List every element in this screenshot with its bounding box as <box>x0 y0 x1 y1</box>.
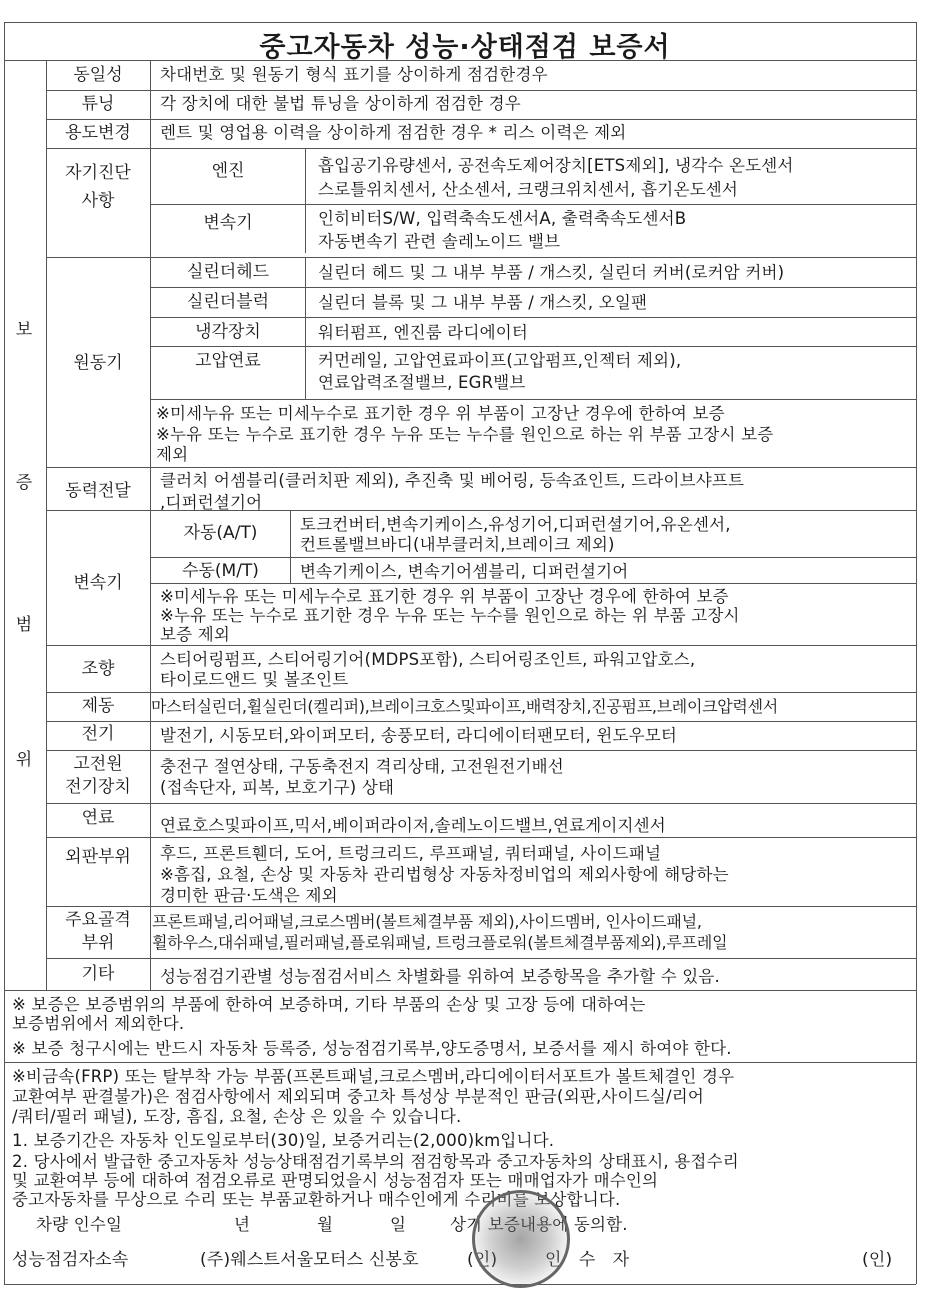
row-divider <box>46 645 916 646</box>
row-divider <box>46 148 916 149</box>
row-divider <box>46 510 916 511</box>
note-text: ※누유 또는 누수로 표기한 경우 누유 또는 누수를 원인으로 하는 위 부품… <box>156 424 773 445</box>
page-title: 중고자동차 성능·상태점검 보증서 <box>0 25 930 64</box>
section-label: 고전원 <box>48 753 148 775</box>
term-text: 및 교환여부 등에 대하여 점검오류로 판명되었을시 성능점검자 또는 매매업자… <box>12 1170 658 1191</box>
item-text: 성능점검기관별 성능점검서비스 차별화를 위하여 보증항목을 추가할 수 있음. <box>160 966 720 987</box>
item-text: 스티어링펌프, 스티어링기어(MDPS포함), 스티어링조인트, 파워고압호스, <box>160 649 695 670</box>
item-text: 클러치 어셈블리(클러치판 제외), 추진축 및 베어링, 등속죠인트, 드라이… <box>160 470 744 491</box>
item-text: 연료압력조절밸브, EGR밸브 <box>318 372 526 393</box>
item-text: 발전기, 시동모터,와이퍼모터, 송풍모터, 라디에이터팬모터, 윈도우모터 <box>160 725 677 746</box>
note-text: 보증범위에서 제외한다. <box>12 1013 184 1034</box>
item-text: 충전구 절연상태, 구동축전지 격리상태, 고전원전기배선 <box>160 756 564 777</box>
item-text: 후드, 프론트휀더, 도어, 트렁크리드, 루프패널, 쿼터패널, 사이드패널 <box>160 843 661 864</box>
row-divider <box>150 204 916 205</box>
section-divider <box>4 1062 916 1063</box>
sub-col-divider <box>290 510 291 583</box>
note-text: ※ 보증 청구시에는 반드시 자동차 등록증, 성능점검기록부,양도증명서, 보… <box>12 1038 732 1059</box>
item-text: 프론트패널,리어패널,크로스멤버(볼트체결부품 제외),사이드멤버, 인사이드패… <box>152 911 702 932</box>
row-divider <box>46 721 916 722</box>
item-text: 실린더 헤드 및 그 내부 부품 / 개스킷, 실린더 커버(로커암 커버) <box>318 262 784 283</box>
sub-col-divider <box>305 257 306 399</box>
item-text: 실린더 블록 및 그 내부 부품 / 개스킷, 오일팬 <box>318 292 647 313</box>
note-text: 경미한 판금·도색은 제외 <box>160 885 338 906</box>
inspector-affiliation-label: 성능점검자소속 <box>12 1250 128 1271</box>
row-divider <box>46 467 916 468</box>
sub-label: 실린더블럭 <box>152 291 304 313</box>
row-divider <box>46 257 916 258</box>
item-text: 변속기케이스, 변속기어셈블리, 디퍼런셜기어 <box>300 561 628 582</box>
sub-label: 엔진 <box>152 160 304 182</box>
sub-label: 고압연료 <box>152 350 304 372</box>
row-divider <box>46 958 916 959</box>
row-text: 렌트 및 영업용 이력을 상이하게 점검한 경우 * 리스 이력은 제외 <box>160 122 626 143</box>
section-label: 동력전달 <box>48 480 148 502</box>
item-text: 자동변속기 관련 솔레노이드 밸브 <box>318 231 560 252</box>
sub-label: 냉각장치 <box>152 321 304 343</box>
row-divider <box>46 803 916 804</box>
item-text: 휠하우스,대쉬패널,필러패널,플로워패널, 트렁크플로워(볼트체결부품제외),루… <box>152 932 727 953</box>
side-label-char: 위 <box>12 745 36 770</box>
note-text: ※누유 또는 누수로 표기한 경우 누유 또는 누수를 원인으로 하는 위 부품… <box>160 605 740 626</box>
item-text: 마스터실린더,휠실린더(켈리퍼),브레이크호스및파이프,배력장치,진공펌프,브레… <box>151 696 778 717</box>
section-label: 조향 <box>48 658 148 680</box>
row-divider <box>46 837 916 838</box>
note-text: 교환여부 판결불가)은 점검사항에서 제외되며 중고차 특성상 부분적인 판금(… <box>12 1086 704 1107</box>
note-text: 보증 제외 <box>160 624 230 645</box>
company-seal-stamp-icon <box>472 1190 570 1288</box>
inspector-company: (주)웨스트서울모터스 신봉호 <box>200 1250 419 1271</box>
section-label: 부위 <box>48 932 148 954</box>
row-divider <box>46 906 916 907</box>
row-label: 튜닝 <box>48 93 148 115</box>
item-text: 컨트롤밸브바디(내부클러치,브레이크 제외) <box>300 534 615 555</box>
frame-right <box>916 22 917 1284</box>
item-text: 연료호스및파이프,믹서,베이퍼라이저,솔레노이드밸브,연료게이지센서 <box>160 815 666 836</box>
section-label: 기타 <box>48 963 148 985</box>
day-label: 일 <box>390 1214 406 1235</box>
side-label-char: 증 <box>12 468 36 493</box>
item-text: 스로틀위치센서, 산소센서, 크랭크위치센서, 흡기온도센서 <box>318 179 738 200</box>
row-text: 각 장치에 대한 불법 튜닝을 상이하게 점검한 경우 <box>160 93 521 114</box>
item-text: 인히비터S/W, 입력축속도센서A, 출력축속도센서B <box>318 208 686 229</box>
sub-label: 변속기 <box>152 212 304 234</box>
section-label: 자기진단 <box>48 162 148 184</box>
item-text: 워터펌프, 엔진룸 라디에이터 <box>318 322 528 343</box>
section-label: 원동기 <box>48 352 148 374</box>
label-col-divider <box>150 60 151 990</box>
row-divider <box>46 750 916 751</box>
receiver-seal-mark: (인) <box>862 1250 892 1271</box>
item-text: (접속단자, 피복, 보호기구) 상태 <box>160 777 394 798</box>
note-text: ※흠집, 요철, 손상 및 자동차 관리법형상 자동차정비업의 제외사항에 해당… <box>160 864 729 885</box>
sub-label: 실린더헤드 <box>152 261 304 283</box>
term-text: 2. 당사에서 발급한 중고자동차 성능상태점검기록부의 점검항목과 중고자동차… <box>12 1151 739 1172</box>
sub-label: 수동(M/T) <box>152 560 289 582</box>
row-divider <box>150 317 916 318</box>
sub-col-divider <box>305 148 306 253</box>
row-divider <box>150 557 916 558</box>
row-divider <box>46 692 916 693</box>
row-divider <box>150 583 916 584</box>
side-label-char: 범 <box>12 610 36 635</box>
row-label: 동일성 <box>48 64 148 86</box>
note-text: ※비금속(FRP) 또는 탈부착 가능 부품(프론트패널,크로스멤버,라디에이터… <box>12 1066 734 1087</box>
frame-left <box>4 22 5 1284</box>
note-text: ※미세누유 또는 미세누수로 표기한 경우 위 부품이 고장난 경우에 한하여 … <box>160 586 729 607</box>
side-col-divider <box>46 60 47 990</box>
row-divider <box>46 90 916 91</box>
side-label-char: 보 <box>12 315 36 340</box>
item-text: 커먼레일, 고압연료파이프(고압펌프,인젝터 제외), <box>318 350 681 371</box>
frame-top <box>4 22 916 23</box>
row-divider <box>46 119 916 120</box>
title-divider <box>4 60 916 61</box>
row-divider <box>150 287 916 288</box>
section-label: 사항 <box>48 190 148 212</box>
section-divider <box>4 990 916 991</box>
item-text: 토크컨버터,변속기케이스,유성기어,디퍼런셜기어,유온센서, <box>300 514 731 535</box>
item-text: 타이로드앤드 및 볼조인트 <box>160 669 348 690</box>
row-label: 용도변경 <box>48 122 148 144</box>
term-text: 1. 보증기간은 자동차 인도일로부터(30)일, 보증거리는(2,000)km… <box>12 1130 554 1151</box>
sub-label: 자동(A/T) <box>152 522 289 544</box>
section-label: 연료 <box>48 807 148 829</box>
section-label: 전기장치 <box>48 776 148 798</box>
receipt-date-label: 차량 인수일 <box>36 1214 122 1235</box>
note-text: ※미세누유 또는 미세누수로 표기한 경우 위 부품이 고장난 경우에 한하여 … <box>156 403 725 424</box>
note-text: /쿼터/필러 패널), 도장, 흠집, 요철, 손상 은 있을 수 있습니다. <box>12 1106 461 1127</box>
note-text: ※ 보증은 보증범위의 부품에 한하여 보증하며, 기타 부품의 손상 및 고장… <box>12 994 646 1015</box>
section-label: 주요골격 <box>48 909 148 931</box>
section-label: 제동 <box>48 695 148 717</box>
section-label: 변속기 <box>48 572 148 594</box>
section-label: 전기 <box>48 723 148 745</box>
month-label: 월 <box>317 1214 333 1235</box>
section-label: 외판부위 <box>48 846 148 868</box>
year-label: 년 <box>234 1214 250 1235</box>
frame-bottom <box>4 1284 916 1285</box>
note-text: 제외 <box>156 444 188 465</box>
row-text: 차대번호 및 원동기 형식 표기를 상이하게 점검한경우 <box>160 64 548 85</box>
row-divider <box>150 399 916 400</box>
item-text: 흡입공기유량센서, 공전속도제어장치[ETS제외], 냉각수 온도센서 <box>318 155 794 176</box>
row-divider <box>150 346 916 347</box>
